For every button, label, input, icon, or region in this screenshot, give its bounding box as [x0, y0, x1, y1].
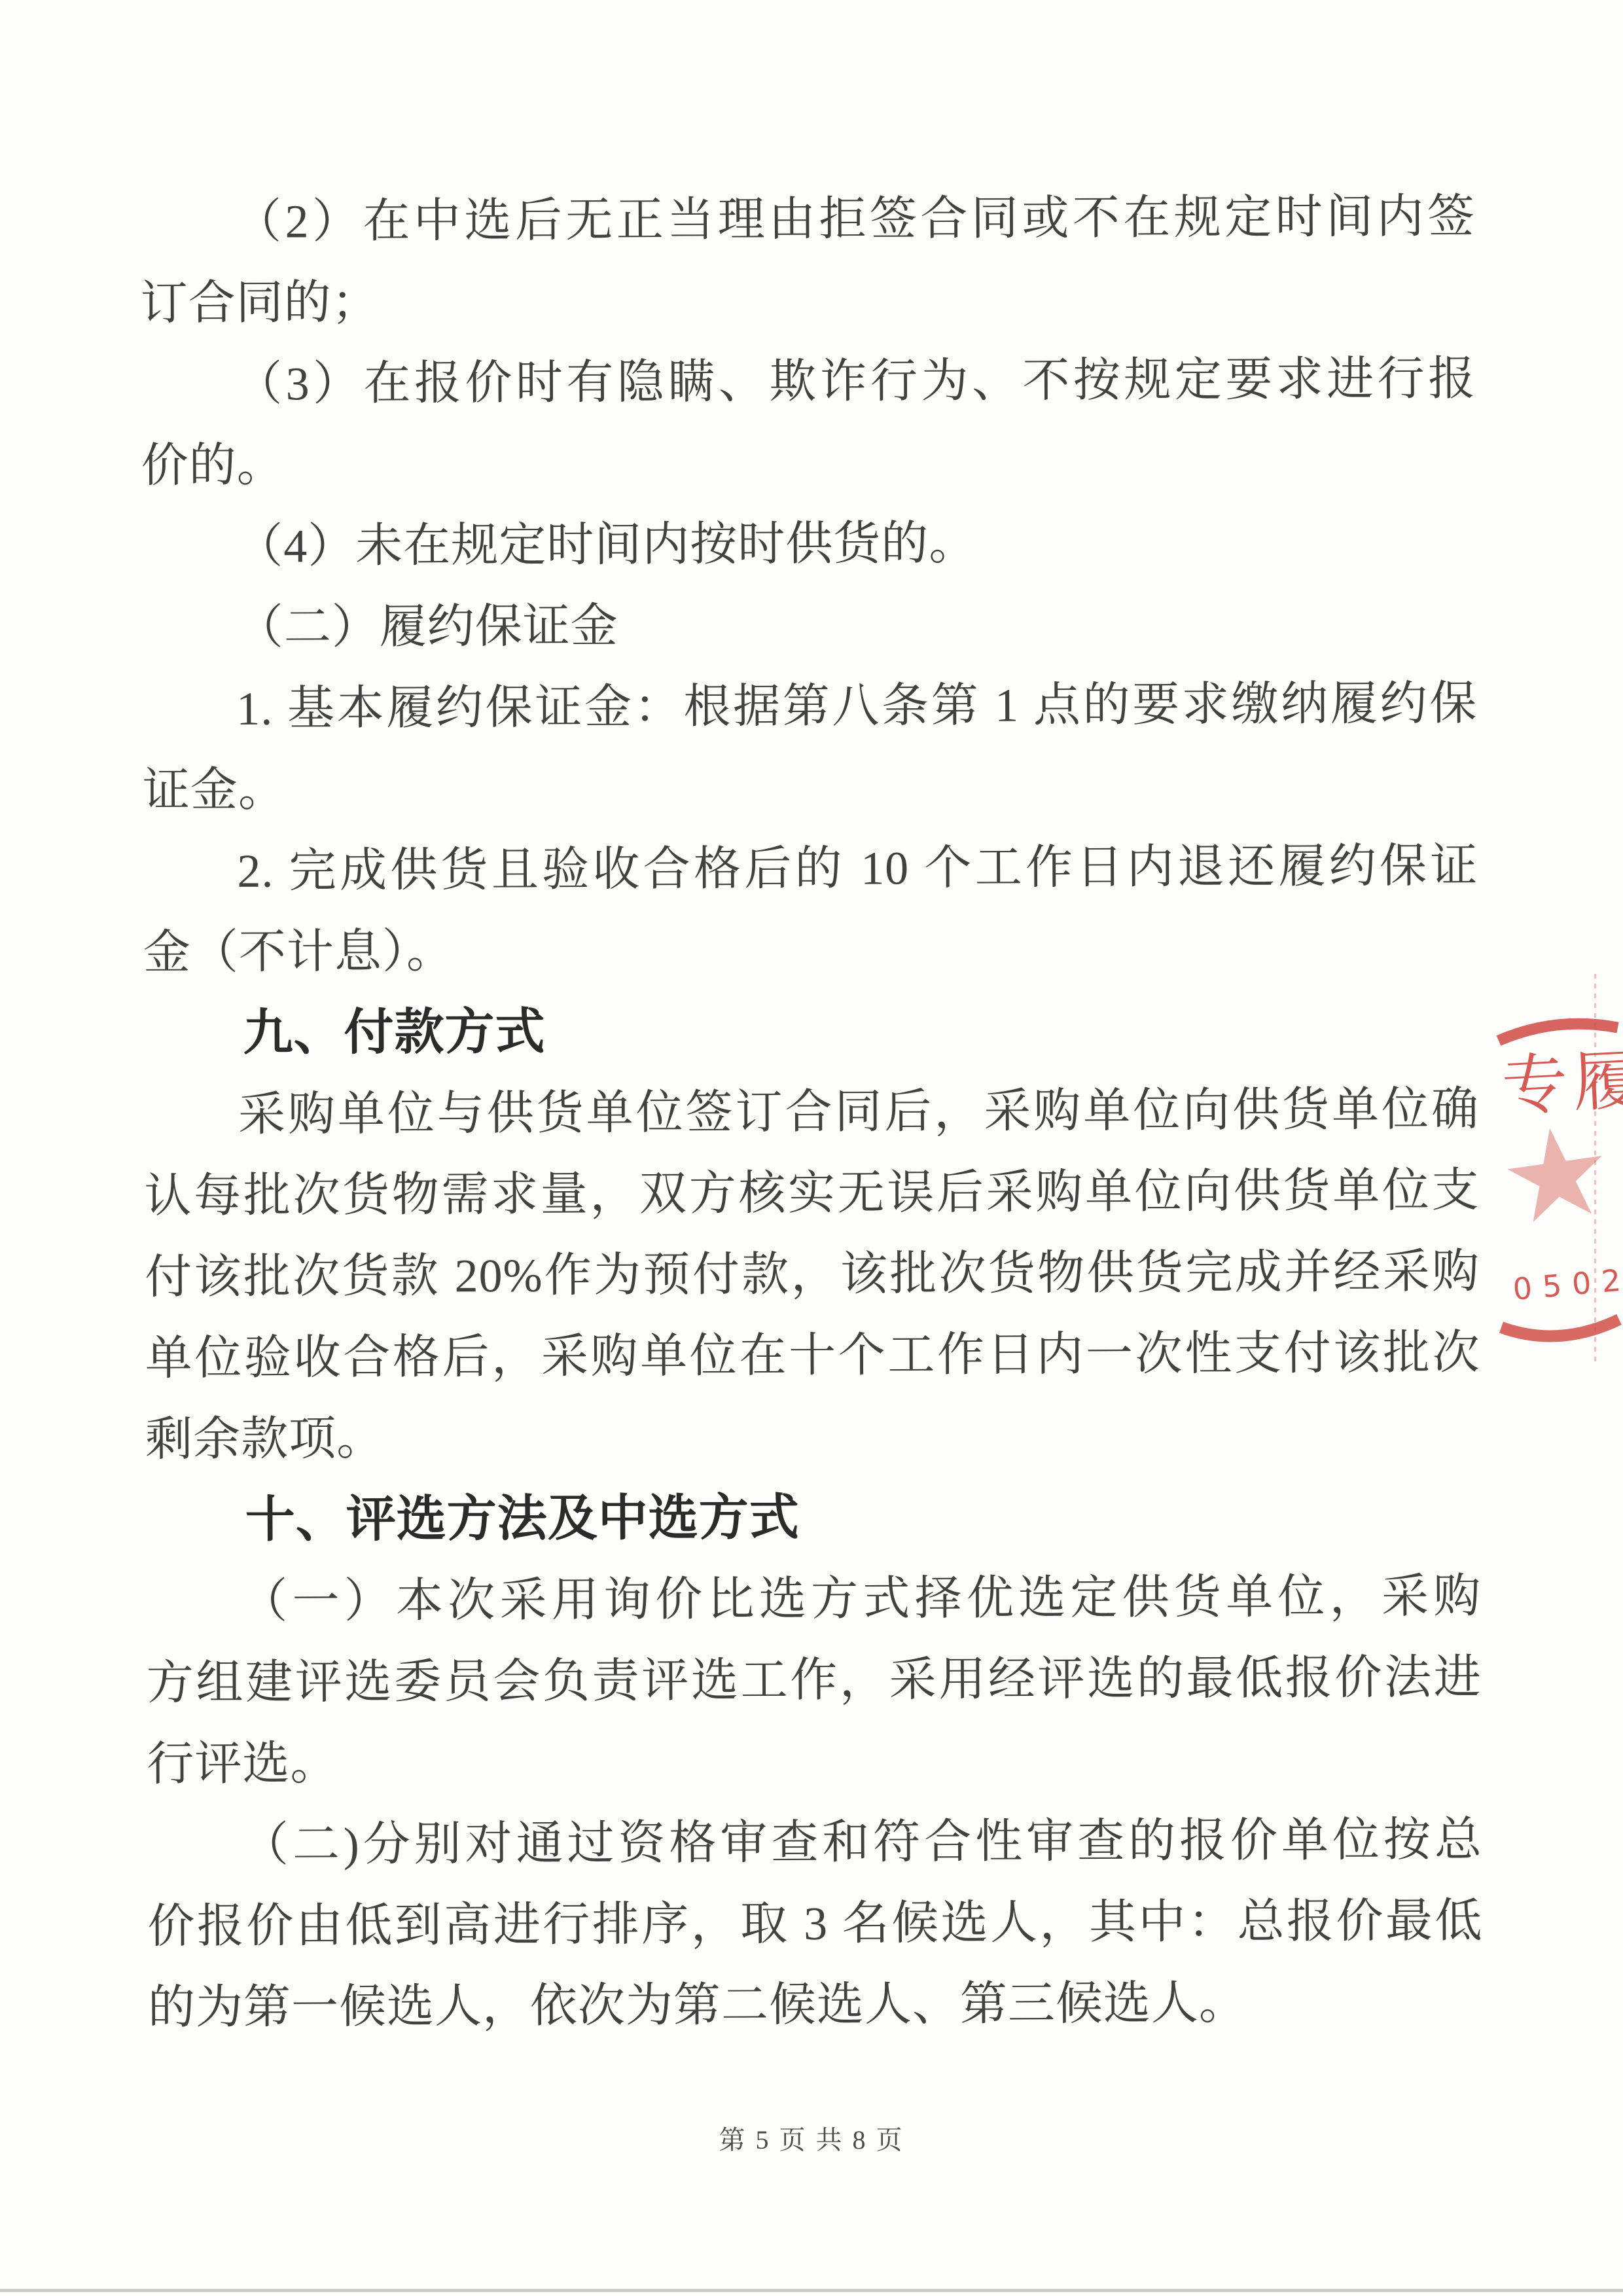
paragraph: 2. 完成供货且验收合格后的 10 个工作日内退还履约保证金（不计息）。 [143, 825, 1478, 994]
paragraph: 采购单位与供货单位签订合同后，采购单位向供货单位确认每批次货物需求量，双方核实无… [144, 1069, 1481, 1480]
paragraph: （二）履约保证金 [141, 582, 1477, 669]
text-line: 单位验收合格后，采购单位在十个工作日内一次性支付该批次 [145, 1312, 1480, 1399]
section-heading: 十、评选方法及中选方式 [145, 1475, 1481, 1562]
text-line: 证金。 [143, 744, 1478, 831]
document-page: （2）在中选后无正当理由拒签合同或不在规定时间内签订合同的；（3）在报价时有隐瞒… [0, 0, 1623, 2296]
text-line: 金（不计息）。 [143, 906, 1479, 994]
text-line: （3）在报价时有隐瞒、欺诈行为、不按规定要求进行报 [141, 338, 1476, 425]
document-body: （2）在中选后无正当理由拒签合同或不在规定时间内签订合同的；（3）在报价时有隐瞒… [140, 176, 1483, 2049]
paragraph: （二)分别对通过资格审查和符合性审查的报价单位按总价报价由低到高进行排序，取 3… [147, 1799, 1484, 2049]
text-line: 价的。 [141, 420, 1476, 507]
text-line: 方组建评选委员会负责评选工作，采用经评选的最低报价法进 [147, 1637, 1482, 1724]
paragraph: （3）在报价时有隐瞒、欺诈行为、不按规定要求进行报价的。 [141, 338, 1476, 507]
seal-edge-dotted-line [1594, 974, 1596, 1361]
paragraph: （2）在中选后无正当理由拒签合同或不在规定时间内签订合同的； [140, 176, 1476, 344]
text-line: 九、付款方式 [143, 988, 1479, 1075]
section-heading: 九、付款方式 [143, 988, 1479, 1075]
text-line: 2. 完成供货且验收合格后的 10 个工作日内退还履约保证 [143, 825, 1478, 912]
text-line: （4）未在规定时间内按时供货的。 [141, 501, 1477, 588]
red-stamp: 专履 ★ 0502 [1493, 1000, 1623, 1367]
text-line: 剩余款项。 [145, 1393, 1481, 1480]
seal-center-text: 专履 [1501, 1043, 1623, 1123]
text-line: 十、评选方法及中选方式 [145, 1475, 1481, 1562]
scan-edge-shadow [0, 2289, 1623, 2292]
text-line: 认每批次货物需求量，双方核实无误后采购单位向供货单位支 [144, 1150, 1480, 1237]
text-line: （二)分别对通过资格审查和符合性审查的报价单位按总 [147, 1799, 1483, 1886]
page-footer: 第 5 页 共 8 页 [0, 2119, 1623, 2157]
text-line: 1. 基本履约保证金：根据第八条第 1 点的要求缴纳履约保 [142, 663, 1478, 750]
scanned-document: { "page": { "footer": "第 5 页 共 8 页" }, "… [0, 0, 1623, 2296]
seal-star-icon: ★ [1493, 1101, 1621, 1253]
seal-bottom-band [1501, 1319, 1619, 1336]
paragraph: 1. 基本履约保证金：根据第八条第 1 点的要求缴纳履约保证金。 [142, 663, 1478, 831]
seal-top-band [1499, 1024, 1618, 1041]
text-line: 采购单位与供货单位签订合同后，采购单位向供货单位确 [144, 1069, 1480, 1156]
text-line: 价报价由低到高进行排序，取 3 名候选人，其中：总报价最低 [147, 1880, 1483, 1967]
text-line: 行评选。 [147, 1718, 1482, 1805]
text-line: （一）本次采用询价比选方式择优选定供货单位，采购 [146, 1556, 1482, 1643]
text-line: （二）履约保证金 [141, 582, 1477, 669]
seal-graphic: 专履 ★ 0502 [1493, 1000, 1623, 1367]
paragraph: （一）本次采用询价比选方式择优选定供货单位，采购方组建评选委员会负责评选工作，采… [146, 1556, 1482, 1805]
text-line: （2）在中选后无正当理由拒签合同或不在规定时间内签 [140, 176, 1476, 263]
text-line: 的为第一候选人，依次为第二候选人、第三候选人。 [148, 1962, 1484, 2049]
text-line: 付该批次货款 20%作为预付款，该批次货物供货完成并经采购 [145, 1231, 1480, 1318]
paragraph: （4）未在规定时间内按时供货的。 [141, 501, 1477, 588]
text-line: 订合同的； [140, 257, 1476, 344]
seal-serial-number: 0502 [1512, 1261, 1623, 1307]
